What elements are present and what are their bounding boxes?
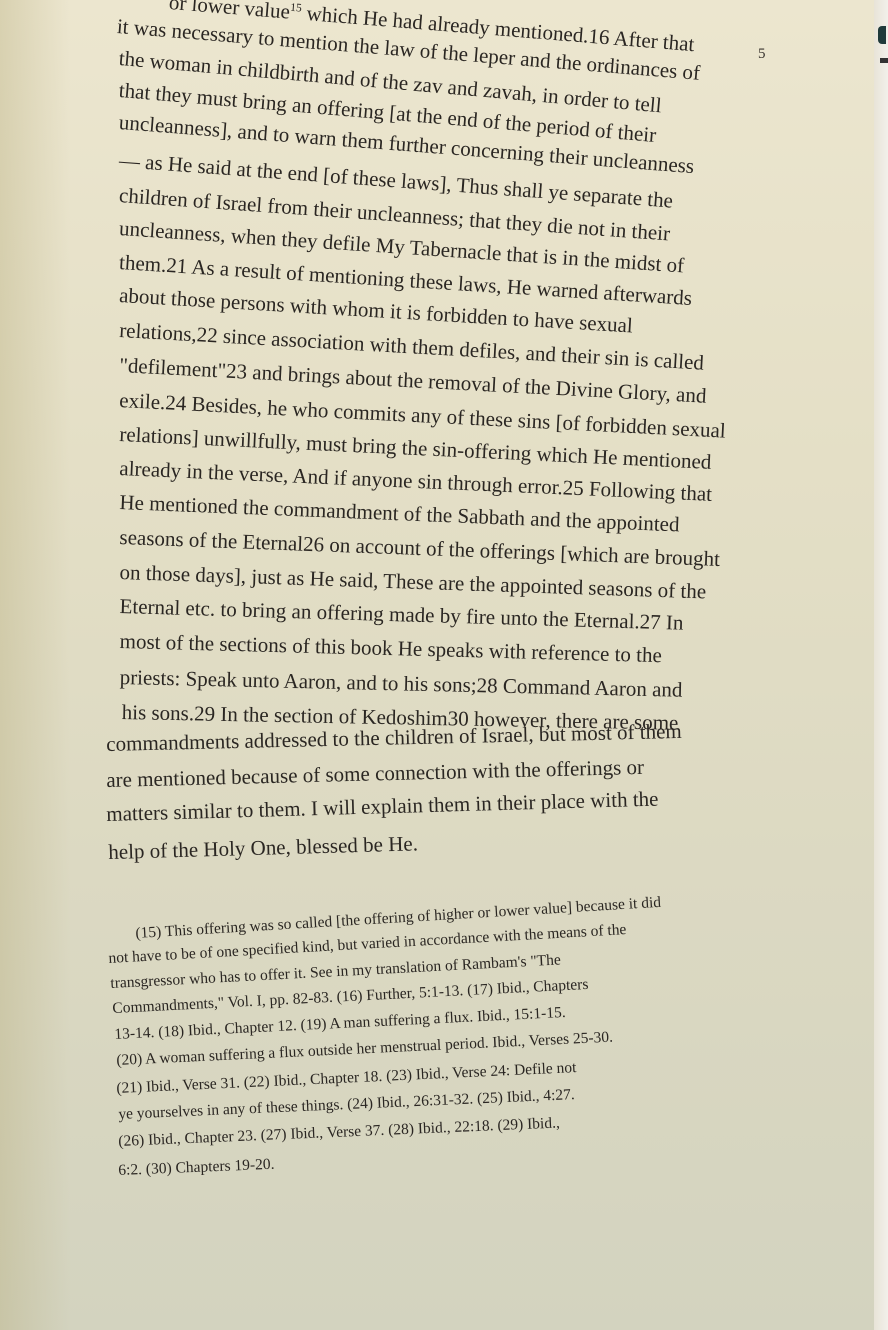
body-line: priests: Speak unto Aaron, and to his so…: [119, 665, 682, 703]
body-line: help of the Holy One, blessed be He.: [108, 831, 418, 865]
body-line: matters similar to them. I will explain …: [106, 787, 659, 827]
page-number: 5: [758, 46, 766, 63]
page-gutter-shadow: [0, 0, 70, 1330]
body-line: most of the sections of this book He spe…: [119, 629, 662, 668]
footnote-line: 6:2. (30) Chapters 19-20.: [118, 1156, 275, 1180]
body-line: are mentioned because of some connection…: [106, 755, 644, 793]
page-tab-marker: [878, 26, 886, 44]
page-tab-marker-small: [880, 58, 888, 63]
adjacent-page-edge: [874, 0, 888, 1330]
